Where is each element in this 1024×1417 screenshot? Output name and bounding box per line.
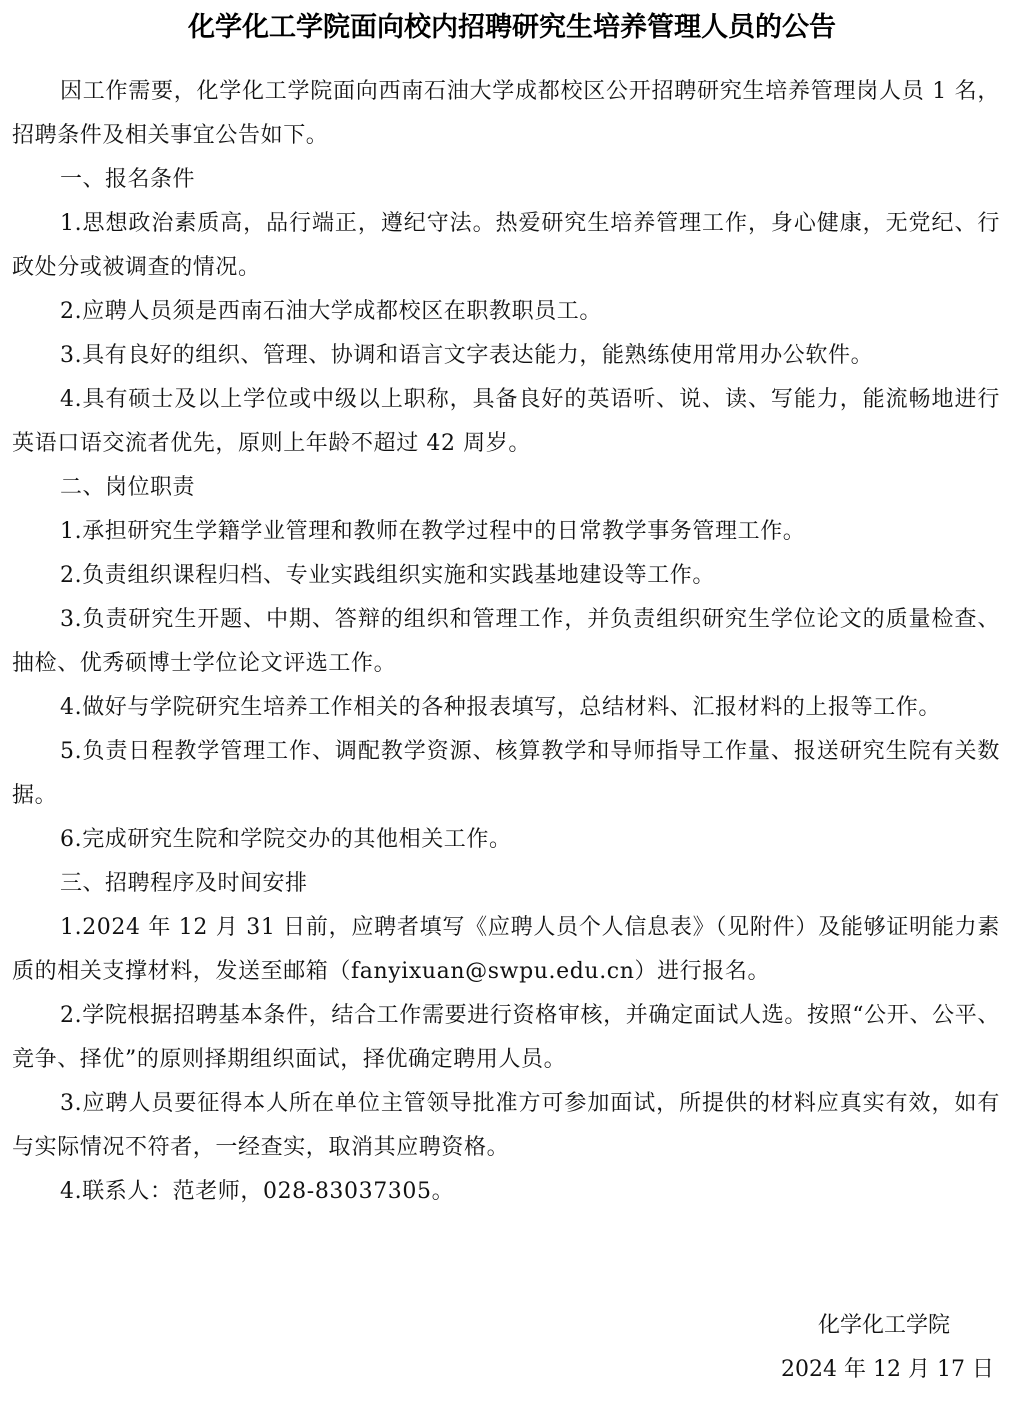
- duty-item: 2.负责组织课程归档、专业实践组织实施和实践基地建设等工作。: [12, 554, 1000, 598]
- section-heading-procedure: 三、招聘程序及时间安排: [12, 862, 1000, 906]
- intro-paragraph: 因工作需要，化学化工学院面向西南石油大学成都校区公开招聘研究生培养管理岗人员 1…: [12, 70, 1000, 158]
- procedure-item: 3.应聘人员要征得本人所在单位主管领导批准方可参加面试，所提供的材料应真实有效，…: [12, 1082, 1000, 1170]
- duty-item: 3.负责研究生开题、中期、答辩的组织和管理工作，并负责组织研究生学位论文的质量检…: [12, 598, 1000, 686]
- requirement-item: 3.具有良好的组织、管理、协调和语言文字表达能力，能熟练使用常用办公软件。: [12, 334, 1000, 378]
- document-body: 因工作需要，化学化工学院面向西南石油大学成都校区公开招聘研究生培养管理岗人员 1…: [12, 70, 1000, 1214]
- duty-item: 1.承担研究生学籍学业管理和教师在教学过程中的日常教学事务管理工作。: [12, 510, 1000, 554]
- requirement-item: 1.思想政治素质高，品行端正，遵纪守法。热爱研究生培养管理工作，身心健康，无党纪…: [12, 202, 1000, 290]
- document-title: 化学化工学院面向校内招聘研究生培养管理人员的公告: [0, 8, 1024, 48]
- signature-organization: 化学化工学院: [690, 1306, 950, 1346]
- section-heading-duties: 二、岗位职责: [12, 466, 1000, 510]
- duty-item: 6.完成研究生院和学院交办的其他相关工作。: [12, 818, 1000, 862]
- procedure-item: 2.学院根据招聘基本条件，结合工作需要进行资格审核，并确定面试人选。按照“公开、…: [12, 994, 1000, 1082]
- duty-item: 5.负责日程教学管理工作、调配教学资源、核算教学和导师指导工作量、报送研究生院有…: [12, 730, 1000, 818]
- signature-date: 2024 年 12 月 17 日: [734, 1350, 994, 1390]
- requirement-item: 4.具有硕士及以上学位或中级以上职称，具备良好的英语听、说、读、写能力，能流畅地…: [12, 378, 1000, 466]
- requirement-item: 2.应聘人员须是西南石油大学成都校区在职教职员工。: [12, 290, 1000, 334]
- duty-item: 4.做好与学院研究生培养工作相关的各种报表填写，总结材料、汇报材料的上报等工作。: [12, 686, 1000, 730]
- procedure-item: 4.联系人：范老师，028-83037305。: [12, 1170, 1000, 1214]
- procedure-item: 1.2024 年 12 月 31 日前，应聘者填写《应聘人员个人信息表》（见附件…: [12, 906, 1000, 994]
- section-heading-requirements: 一、报名条件: [12, 158, 1000, 202]
